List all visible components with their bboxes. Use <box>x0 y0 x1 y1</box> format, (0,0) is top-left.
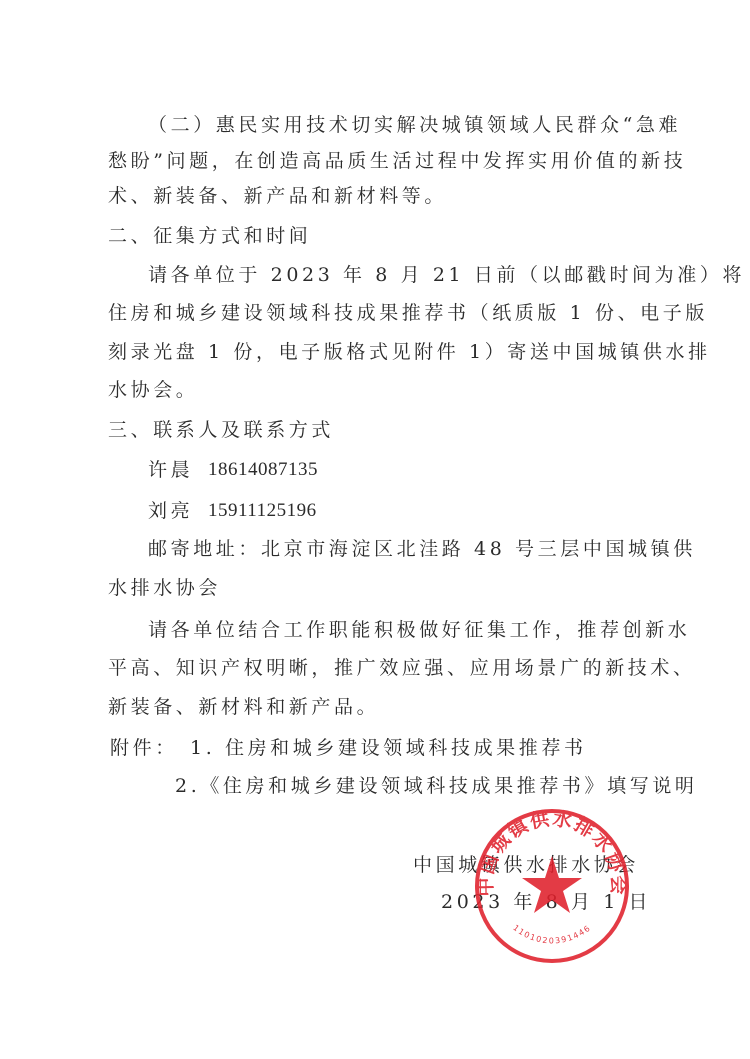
paragraph-line: 平高、知识产权明晰，推广效应强、应用场景广的新技术、 <box>108 656 696 680</box>
paragraph-line: 术、新装备、新产品和新材料等。 <box>108 184 447 208</box>
signature-date: 2023 年 8 月 1 日 <box>441 890 651 914</box>
attachments-label: 附件： <box>110 736 178 760</box>
address-line: 水排水协会 <box>108 576 221 600</box>
attachment-item: 2.《住房和城乡建设领域科技成果推荐书》填写说明 <box>175 774 698 798</box>
svg-text:中国城镇供水排水协会: 中国城镇供水排水协会 <box>474 807 630 897</box>
signature-organization: 中国城镇供水排水协会 <box>413 853 639 877</box>
paragraph-line: （二）惠民实用技术切实解决城镇领域人民群众“急难 <box>148 113 681 137</box>
contact-name: 刘亮 <box>148 499 193 523</box>
paragraph-line: 愁盼”问题，在创造高品质生活过程中发挥实用价值的新技 <box>108 149 686 173</box>
seal-rim-text: 中国城镇供水排水协会 <box>474 807 630 897</box>
section-heading: 二、征集方式和时间 <box>108 224 311 248</box>
official-seal-stamp: 中国城镇供水排水协会 1101020391446 <box>473 806 631 966</box>
address-line: 邮寄地址：北京市海淀区北洼路 48 号三层中国城镇供 <box>148 537 696 561</box>
contact-name: 许晨 <box>148 458 193 482</box>
seal-serial: 1101020391446 <box>511 923 593 945</box>
paragraph-line: 新装备、新材料和新产品。 <box>108 695 379 719</box>
paragraph-line: 刻录光盘 1 份，电子版格式见附件 1）寄送中国城镇供水排 <box>108 340 711 364</box>
paragraph-line: 请各单位于 2023 年 8 月 21 日前（以邮戳时间为准）将 <box>148 263 745 287</box>
paragraph-line: 水协会。 <box>108 378 198 402</box>
attachment-item: 1. 住房和城乡建设领域科技成果推荐书 <box>190 736 587 760</box>
section-heading: 三、联系人及联系方式 <box>108 418 334 442</box>
svg-text:1101020391446: 1101020391446 <box>511 923 593 945</box>
contact-phone: 15911125196 <box>208 499 317 523</box>
paragraph-line: 住房和城乡建设领域科技成果推荐书（纸质版 1 份、电子版 <box>108 301 708 325</box>
contact-phone: 18614087135 <box>208 458 318 482</box>
document-page: （二）惠民实用技术切实解决城镇领域人民群众“急难 愁盼”问题，在创造高品质生活过… <box>0 0 750 1059</box>
paragraph-line: 请各单位结合工作职能积极做好征集工作，推荐创新水 <box>148 618 690 642</box>
seal-ring <box>477 811 627 961</box>
